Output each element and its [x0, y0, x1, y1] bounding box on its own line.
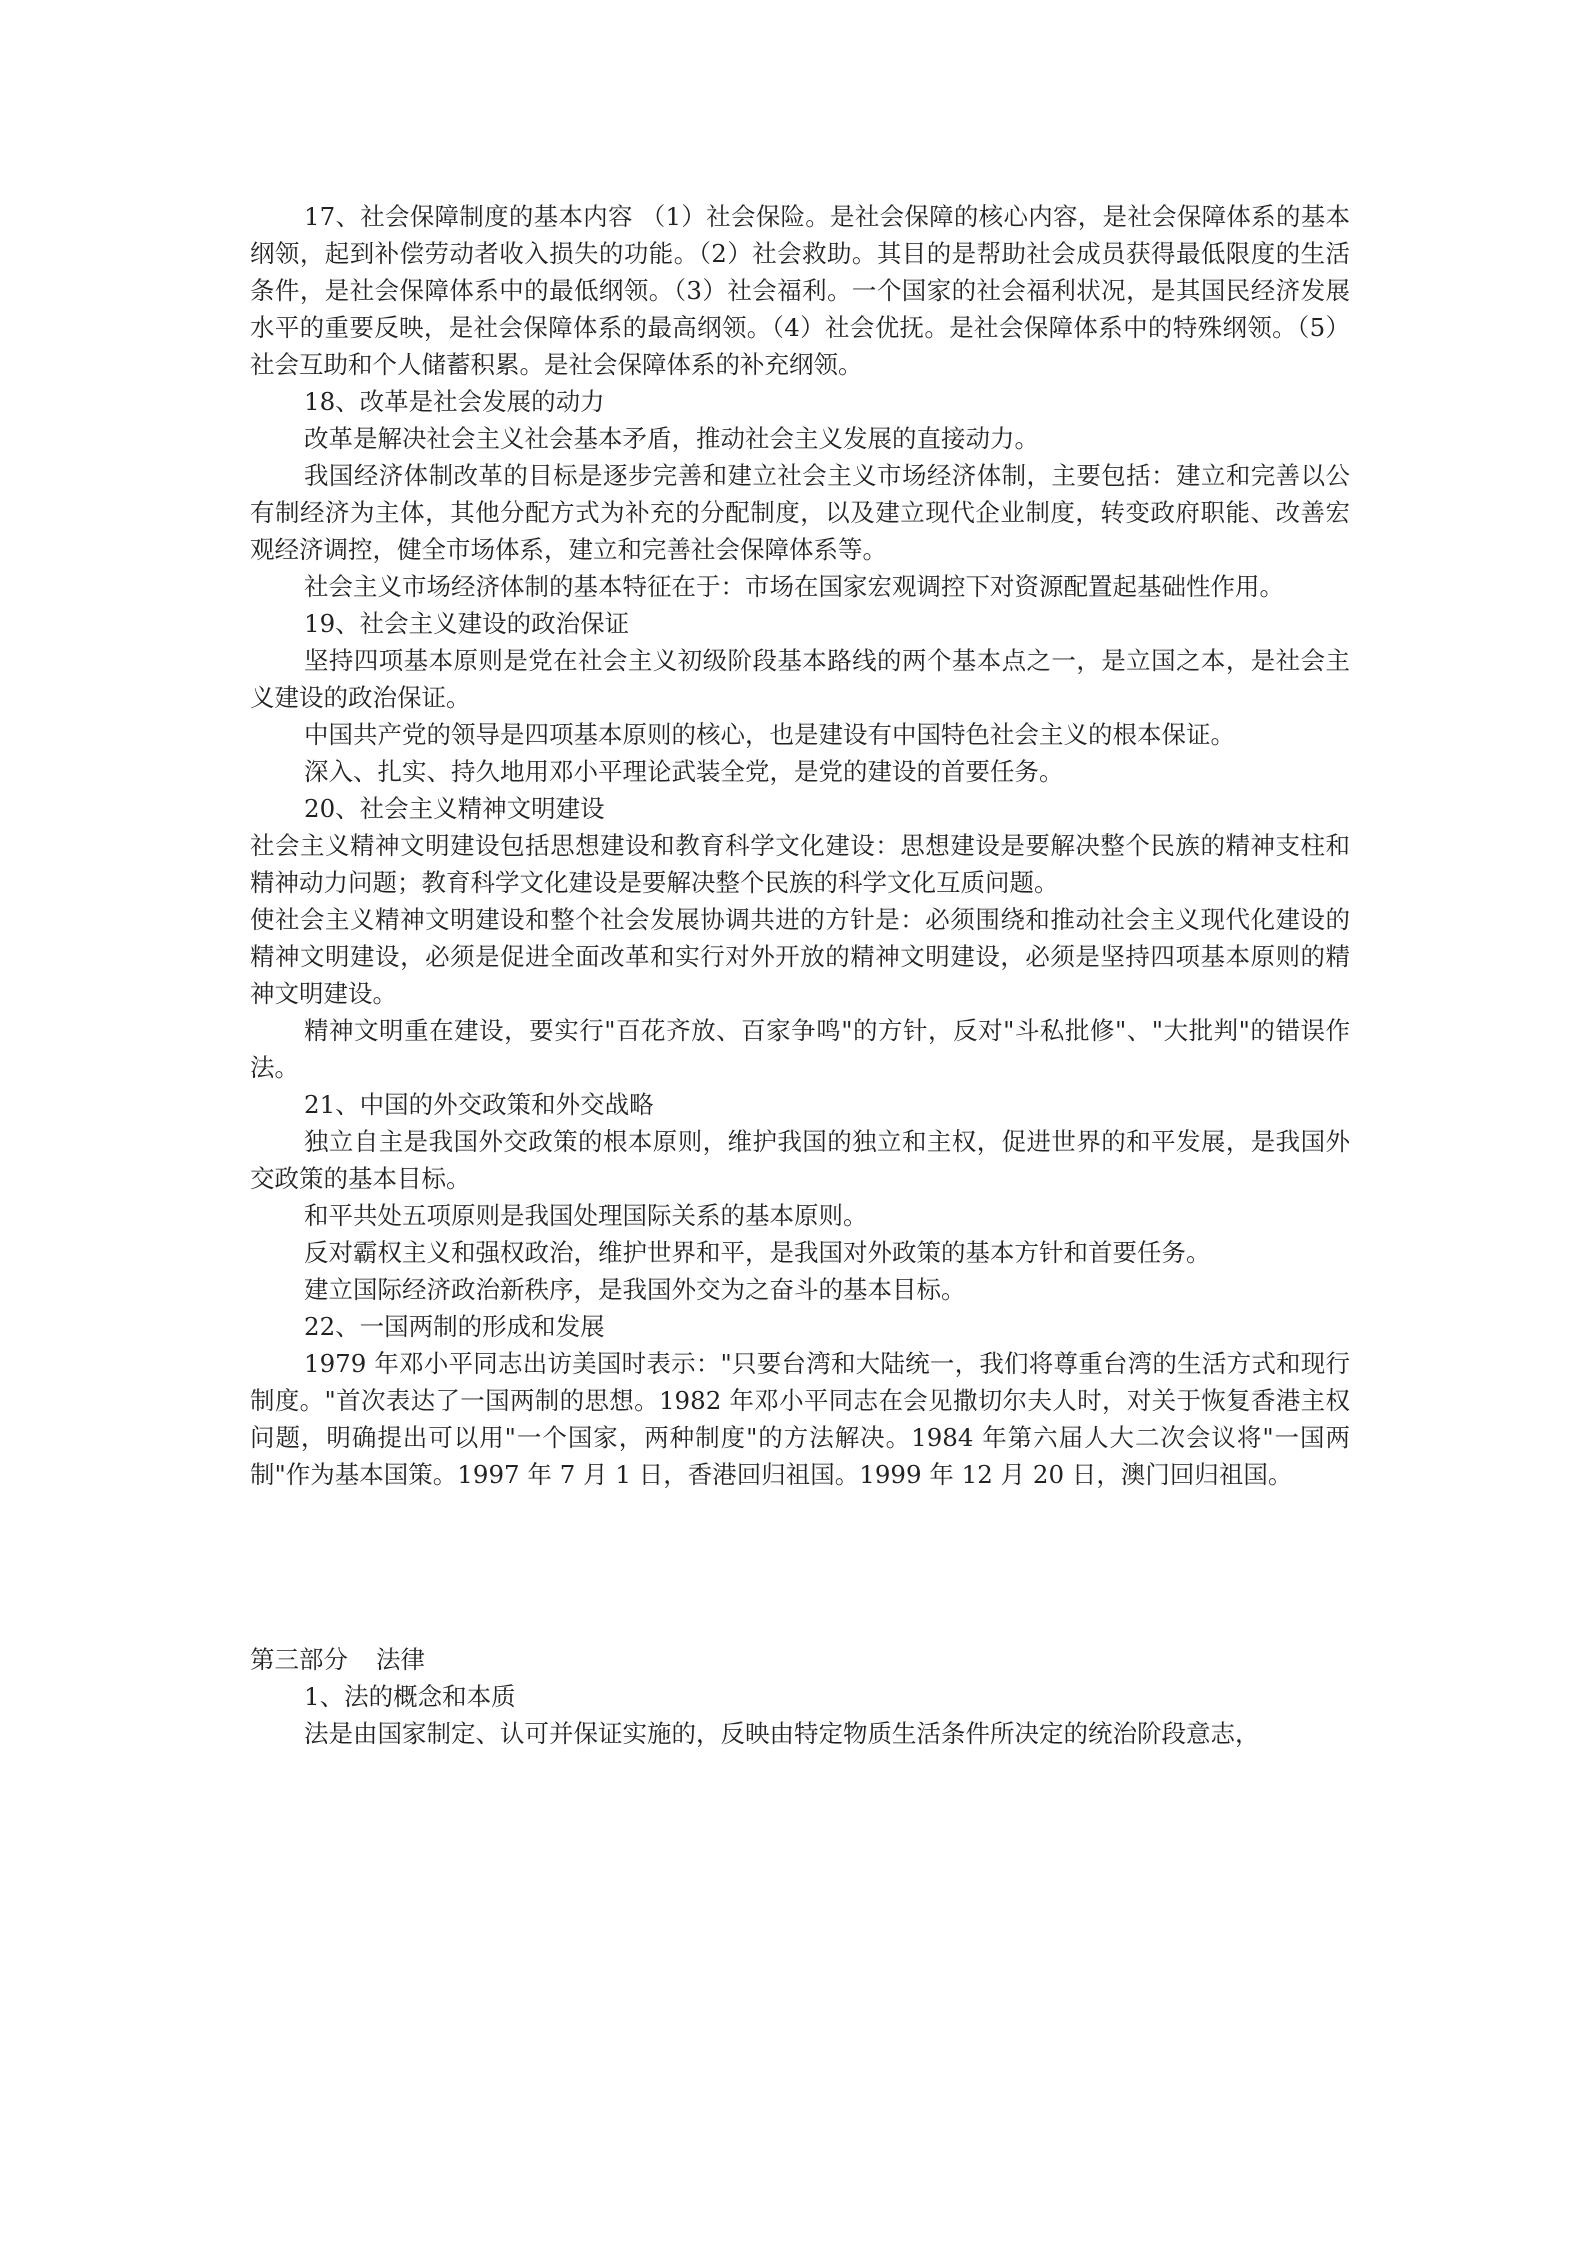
- part-title-number: 第三部分: [250, 1645, 348, 1674]
- section-17-text: 17、社会保障制度的基本内容 （1）社会保险。是社会保障的核心内容，是社会保障体…: [250, 198, 1350, 383]
- section-21-paragraph: 反对霸权主义和强权政治，维护世界和平，是我国对外政策的基本方针和首要任务。: [250, 1234, 1350, 1271]
- section-18-heading: 18、改革是社会发展的动力: [250, 383, 1350, 420]
- section-21-paragraph: 和平共处五项原则是我国处理国际关系的基本原则。: [250, 1197, 1350, 1234]
- section-20-paragraph: 使社会主义精神文明建设和整个社会发展协调共进的方针是：必须围绕和推动社会主义现代…: [250, 901, 1350, 1012]
- section-18-paragraph: 社会主义市场经济体制的基本特征在于：市场在国家宏观调控下对资源配置起基础性作用。: [250, 568, 1350, 605]
- section-19-paragraph: 深入、扎实、持久地用邓小平理论武装全党，是党的建设的首要任务。: [250, 753, 1350, 790]
- section-19-heading: 19、社会主义建设的政治保证: [250, 605, 1350, 642]
- section-20-paragraph: 精神文明重在建设，要实行"百花齐放、百家争鸣"的方针，反对"斗私批修"、"大批判…: [250, 1012, 1350, 1086]
- section-22-heading: 22、一国两制的形成和发展: [250, 1308, 1350, 1345]
- blank-space: [250, 1493, 1350, 1641]
- section-22-paragraph: 1979 年邓小平同志出访美国时表示："只要台湾和大陆统一，我们将尊重台湾的生活…: [250, 1345, 1350, 1493]
- section-21-heading: 21、中国的外交政策和外交战略: [250, 1086, 1350, 1123]
- section-18-paragraph: 我国经济体制改革的目标是逐步完善和建立社会主义市场经济体制，主要包括：建立和完善…: [250, 457, 1350, 568]
- section-21-paragraph: 建立国际经济政治新秩序，是我国外交为之奋斗的基本目标。: [250, 1271, 1350, 1308]
- section-20-heading: 20、社会主义精神文明建设: [250, 790, 1350, 827]
- part3-section-1-heading: 1、法的概念和本质: [250, 1678, 1350, 1715]
- section-20-paragraph: 社会主义精神文明建设包括思想建设和教育科学文化建设：思想建设是要解决整个民族的精…: [250, 827, 1350, 901]
- part-title: 第三部分法律: [250, 1641, 1350, 1678]
- part-title-name: 法律: [376, 1645, 425, 1674]
- section-19-paragraph: 中国共产党的领导是四项基本原则的核心，也是建设有中国特色社会主义的根本保证。: [250, 716, 1350, 753]
- document-page: 17、社会保障制度的基本内容 （1）社会保险。是社会保障的核心内容，是社会保障体…: [250, 198, 1350, 1752]
- section-19-paragraph: 坚持四项基本原则是党在社会主义初级阶段基本路线的两个基本点之一，是立国之本，是社…: [250, 642, 1350, 716]
- section-21-paragraph: 独立自主是我国外交政策的根本原则，维护我国的独立和主权，促进世界的和平发展，是我…: [250, 1123, 1350, 1197]
- section-18-paragraph: 改革是解决社会主义社会基本矛盾，推动社会主义发展的直接动力。: [250, 420, 1350, 457]
- part3-section-1-paragraph: 法是由国家制定、认可并保证实施的，反映由特定物质生活条件所决定的统治阶段意志，: [250, 1715, 1350, 1752]
